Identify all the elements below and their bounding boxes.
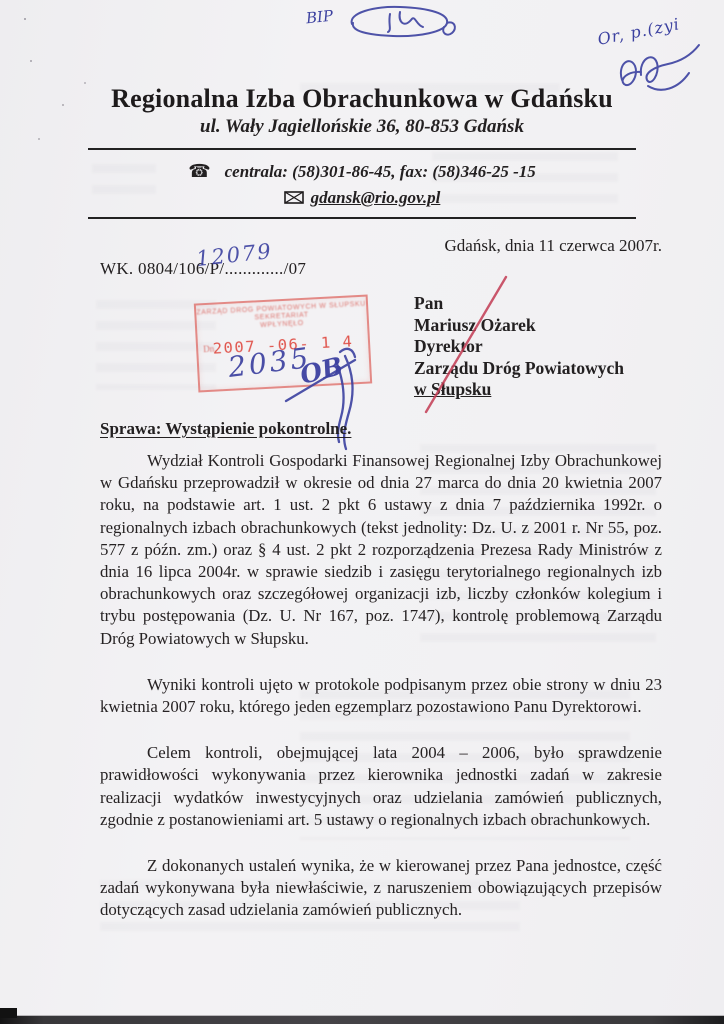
telephone-icon: ☎ [188,161,210,182]
header-divider-top [88,148,636,150]
email-line: gdansk@rio.gov.pl [0,188,724,209]
recipient-block: Pan Mariusz Ożarek Dyrektor Zarządu Dróg… [414,293,624,401]
subject-line: Sprawa: Wystąpienie pokontrolne. [100,419,351,439]
paragraph-1: Wydział Kontroli Gospodarki Finansowej R… [100,450,662,650]
recipient-line-name: Mariusz Ożarek [414,315,624,337]
paragraph-2: Wyniki kontroli ujęto w protokole podpis… [100,674,662,718]
recipient-line-city: w Słupsku [414,379,624,401]
phone-fax-text: centrala: (58)301-86-45, fax: (58)346-25… [225,162,536,181]
email-address: gdansk@rio.gov.pl [311,188,441,207]
paper-speckles [24,18,26,20]
stamp-date: 2007 -06- 1 4 [212,332,354,357]
phone-fax-line: ☎centrala: (58)301-86-45, fax: (58)346-2… [0,161,724,182]
header-divider-bottom [88,217,636,219]
letter-body: Wydział Kontroli Gospodarki Finansowej R… [100,450,662,946]
recipient-line-salutation: Pan [414,293,624,315]
handwritten-bip-note: BIP [305,7,334,28]
scan-corner-block [0,1008,17,1018]
handwritten-top-right-note: Or, p.(zyi [596,14,681,49]
recipient-line-title: Dyrektor [414,336,624,358]
envelope-icon [284,189,304,209]
received-stamp: ZARZĄD DRÓG POWIATOWYCH W SŁUPSKU SEKRET… [194,295,372,393]
scan-edge-bar [0,1016,724,1024]
scanned-letter-page: Regionalna Izba Obrachunkowa w Gdańsku u… [0,0,724,1024]
recipient-line-unit: Zarządu Dróg Powiatowych [414,358,624,380]
stamp-date-row: Dn. 2007 -06- 1 4 [198,332,369,360]
paragraph-3: Celem kontroli, obejmującej lata 2004 – … [100,742,662,831]
organization-address: ul. Wały Jagiellońskie 36, 80-853 Gdańsk [0,116,724,138]
place-date-line: Gdańsk, dnia 11 czerwca 2007r. [100,236,662,256]
reference-number: WK. 0804/106/P/............./07 [100,259,306,279]
organization-name: Regionalna Izba Obrachunkowa w Gdańsku [0,84,724,114]
paragraph-4: Z dokonanych ustaleń wynika, że w kierow… [100,855,662,922]
circled-scribble [352,7,455,36]
